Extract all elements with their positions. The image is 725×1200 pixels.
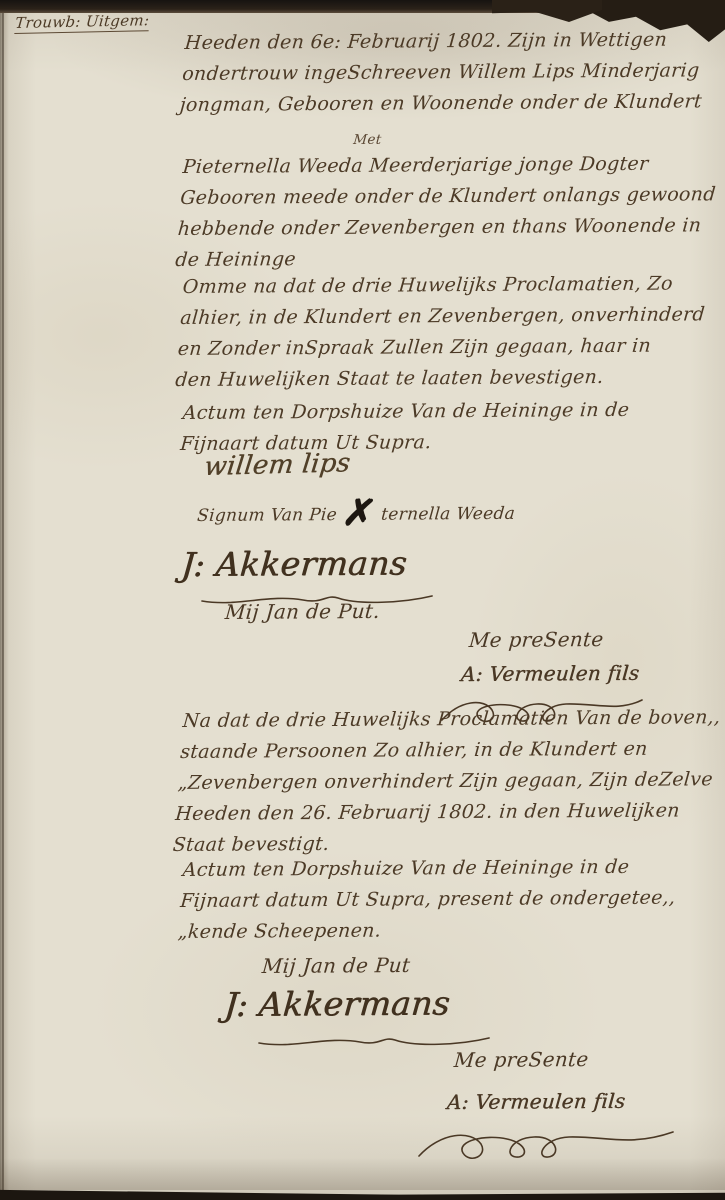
signature-jan-de-put-1: Mij Jan de Put.	[224, 599, 381, 624]
handwritten-line: Pieternella Weeda Meerderjarige jonge Do…	[182, 148, 720, 183]
me-presente-label-1: Me preSente	[468, 627, 604, 652]
signature-akkermans-2: J: Akkermans	[223, 983, 452, 1024]
handwritten-line: Actum ten Dorpshuize Van de Heininge in …	[182, 852, 680, 886]
handwritten-line: den Huwelijken Staat te laaten bevestige…	[174, 361, 701, 396]
handwritten-line: jongman, Gebooren en Woonende onder de K…	[179, 86, 704, 121]
handwritten-line: „Zevenbergen onverhindert Zijn gegaan, Z…	[177, 764, 717, 799]
signum-line: Signum Van Pie✗ternella Weeda	[196, 504, 516, 526]
page-edge-bottom-shadow	[0, 1158, 725, 1190]
handwritten-line: Heeden den 6e: Februarij 1802. Zijn in W…	[184, 24, 709, 59]
signature-jan-de-put-2: Mij Jan de Put	[261, 953, 411, 978]
entry1-bride: Pieternella Weeda Meerderjarige jonge Do…	[174, 148, 719, 276]
handwritten-line: hebbende onder Zevenbergen en thans Woon…	[177, 210, 715, 245]
entry2-actum: Actum ten Dorpshuize Van de Heininge in …	[177, 852, 680, 948]
signum-prefix: Signum Van Pie	[196, 505, 337, 526]
margin-note: Trouwb: Uitgem:	[14, 11, 150, 34]
signum-suffix: ternella Weeda	[380, 504, 516, 525]
interline-word: Met	[353, 132, 382, 148]
signum-cross-mark: ✗	[342, 506, 376, 519]
handwritten-line: Actum ten Dorpshuize Van de Heininge in …	[182, 395, 631, 429]
handwritten-line: alhier, in de Klundert en Zevenbergen, o…	[179, 299, 706, 334]
signature-vermeulen-1: A: Vermeulen fils	[460, 661, 640, 686]
entry2-confirmation: Na dat de drie Huwelijks Proclamatien Va…	[172, 702, 722, 861]
handwritten-line: Heeden den 26. Februarij 1802. in den Hu…	[174, 795, 714, 830]
handwritten-line: ondertrouw ingeSchreeven Willem Lips Min…	[181, 55, 706, 90]
handwritten-line: Gebooren meede onder de Klundert onlangs…	[179, 179, 717, 214]
entry1-opening: Heeden den 6e: Februarij 1802. Zijn in W…	[179, 24, 709, 121]
page-edge-left-line	[2, 0, 4, 1200]
handwritten-line: Fijnaart datum Ut Supra, present de onde…	[179, 883, 677, 917]
handwritten-line: en Zonder inSpraak Zullen Zijn gegaan, h…	[177, 330, 704, 365]
book-edge-top-ragged-2	[492, 0, 602, 22]
signature-vermeulen-2: A: Vermeulen fils	[446, 1089, 626, 1114]
me-presente-label-2: Me preSente	[453, 1047, 589, 1072]
signature-willem-lips: willem lips	[203, 448, 352, 482]
handwritten-line: Omme na dat de drie Huwelijks Proclamati…	[182, 268, 709, 303]
handwritten-line: Na dat de drie Huwelijks Proclamatien Va…	[182, 702, 722, 737]
manuscript-page: Trouwb: Uitgem: Heeden den 6e: Februarij…	[0, 0, 725, 1200]
handwritten-line: staande Persoonen Zo alhier, in de Klund…	[179, 733, 719, 768]
signature-akkermans-1: J: Akkermans	[180, 543, 409, 584]
handwritten-line: „kende Scheepenen.	[177, 914, 675, 948]
entry1-proclamation: Omme na dat de drie Huwelijks Proclamati…	[174, 268, 709, 396]
